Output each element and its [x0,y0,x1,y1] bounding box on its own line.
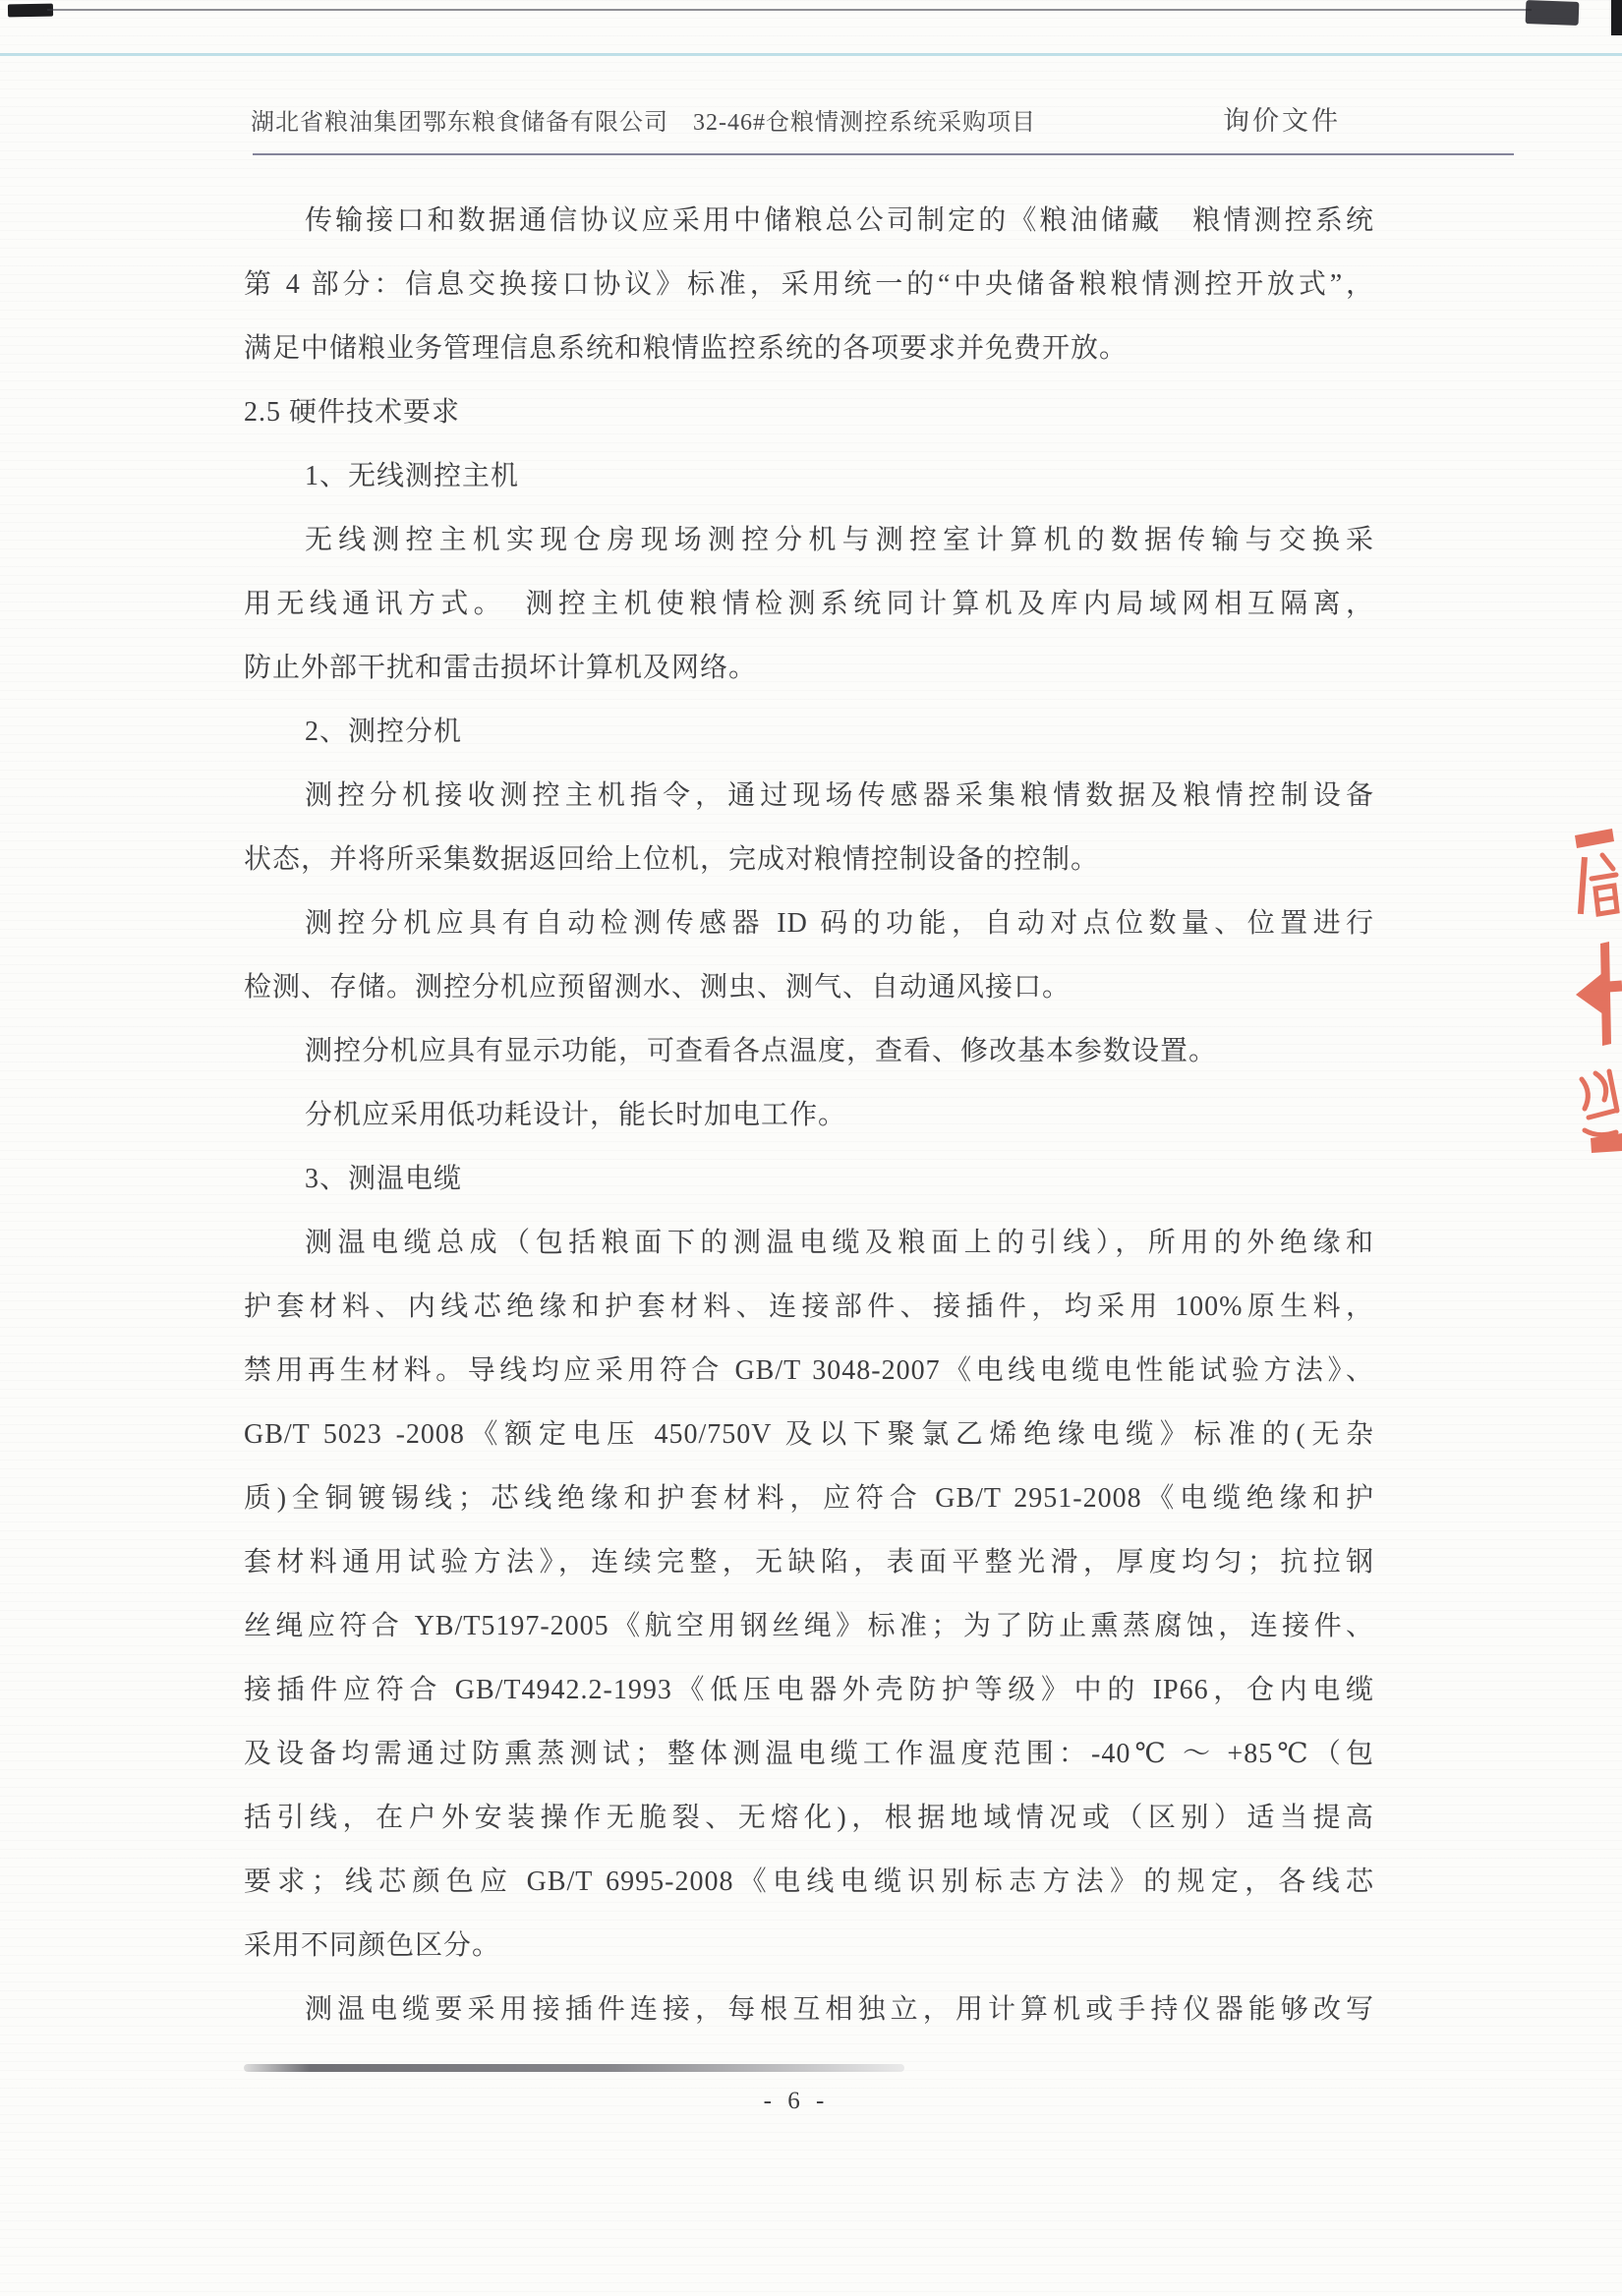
text-line: 采用不同颜色区分。 [244,1914,1374,1978]
text-line: 检测、存储。测控分机应预留测水、测虫、测气、自动通风接口。 [244,955,1374,1019]
text-line: 测温电缆总成（包括粮面下的测温电缆及粮面上的引线），所用的外绝缘和 [244,1211,1374,1275]
scanned-document-page: 湖北省粮油集团鄂东粮食储备有限公司 32-46#仓粮情测控系统采购项目 询价文件… [0,0,1622,2296]
text-line: 禁用再生材料。导线均应采用符合 GB/T 3048-2007《电线电缆电性能试验… [244,1339,1374,1403]
text-line: 2.5 硬件技术要求 [244,380,1374,444]
text-line: 传输接口和数据通信协议应采用中储粮总公司制定的《粮油储藏 粮情测控系统 [244,189,1374,253]
text-line: 1、无线测控主机 [244,444,1374,508]
scan-artifact-top-line [47,9,1532,11]
text-line: 套材料通用试验方法》，连续完整，无缺陷，表面平整光滑，厚度均匀；抗拉钢 [244,1530,1374,1594]
red-seal-stamp-fragment [1563,826,1622,1160]
text-line: 接插件应符合 GB/T4942.2-1993《低压电器外壳防护等级》中的 IP6… [244,1658,1374,1722]
document-body: 传输接口和数据通信协议应采用中储粮总公司制定的《粮油储藏 粮情测控系统第 4 部… [244,189,1374,2041]
text-line: 第 4 部分：信息交换接口协议》标准，采用统一的“中央储备粮粮情测控开放式”， [244,253,1374,316]
text-line: 3、测温电缆 [244,1147,1374,1211]
text-line: 括引线，在户外安装操作无脆裂、无熔化)，根据地域情况或（区别）适当提高 [244,1786,1374,1850]
text-line: 无线测控主机实现仓房现场测控分机与测控室计算机的数据传输与交换采 [244,508,1374,572]
text-line: 测控分机接收测控主机指令，通过现场传感器采集粮情数据及粮情控制设备 [244,764,1374,828]
text-line: 防止外部干扰和雷击损坏计算机及网络。 [244,636,1374,700]
header-rule [253,153,1514,155]
footer-rule [244,2064,904,2072]
text-line: 分机应采用低功耗设计，能长时加电工作。 [244,1083,1374,1147]
scan-artifact-corner-mark [1611,0,1622,35]
text-line: 2、测控分机 [244,700,1374,764]
text-line: 丝绳应符合 YB/T5197-2005《航空用钢丝绳》标准；为了防止熏蒸腐蚀，连… [244,1594,1374,1658]
text-line: 及设备均需通过防熏蒸测试；整体测温电缆工作温度范围：-40℃ ～ +85℃（包 [244,1722,1374,1786]
header-project-title: 湖北省粮油集团鄂东粮食储备有限公司 32-46#仓粮情测控系统采购项目 [251,102,1036,137]
text-line: 状态，并将所采集数据返回给上位机，完成对粮情控制设备的控制。 [244,828,1374,891]
text-line: 用无线通讯方式。 测控主机使粮情检测系统同计算机及库内局域网相互隔离， [244,572,1374,636]
text-line: 质)全铜镀锡线；芯线绝缘和护套材料，应符合 GB/T 2951-2008《电缆绝… [244,1466,1374,1530]
text-line: 测控分机应具有自动检测传感器 ID 码的功能，自动对点位数量、位置进行 [244,891,1374,955]
scan-artifact-top-right-mark [1526,0,1580,26]
text-line: 满足中储粮业务管理信息系统和粮情监控系统的各项要求并免费开放。 [244,316,1374,380]
page-number: - 6 - [0,2088,1593,2115]
text-line: GB/T 5023 -2008《额定电压 450/750V 及以下聚氯乙烯绝缘电… [244,1403,1374,1466]
text-line: 护套材料、内线芯绝缘和护套材料、连接部件、接插件，均采用 100%原生料， [244,1275,1374,1339]
text-line: 测控分机应具有显示功能，可查看各点温度，查看、修改基本参数设置。 [244,1019,1374,1083]
text-line: 要求；线芯颜色应 GB/T 6995-2008《电线电缆识别标志方法》的规定，各… [244,1850,1374,1914]
header-doc-type: 询价文件 [1223,99,1341,138]
scan-artifact-cyan-line [0,53,1622,56]
text-line: 测温电缆要采用接插件连接，每根互相独立，用计算机或手持仪器能够改写 [244,1978,1374,2041]
